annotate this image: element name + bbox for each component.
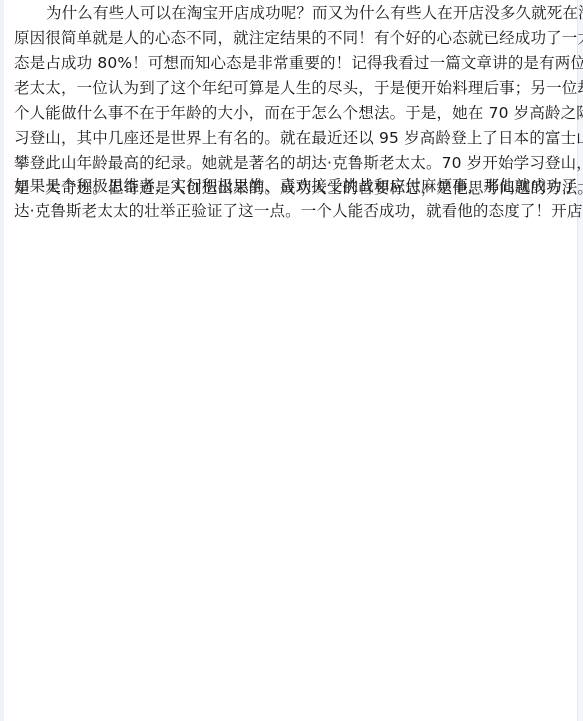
paragraph-line: 为什么有些人可以在淘宝开店成功呢？而又为什么有些人在开店没多久就死在淘宝啦！ — [14, 1, 574, 26]
paragraph-line: 态是占成功 80%！可想而知心态是非常重要的！记得我看过一篇文章讲的是有两位 7… — [14, 51, 574, 76]
page-left-border — [0, 0, 4, 721]
paragraph-line: 老太太，一位认为到了这个年纪可算是人生的尽头，于是便开始料理后事；另一位却认为一 — [14, 76, 574, 101]
paragraph-line: 达·克鲁斯老太太的壮举正验证了这一点。一个人能否成功，就看他的态度了！开店成功者 — [14, 199, 574, 224]
paragraph-line: 个人能做什么事不在于年龄的大小，而在于怎么个想法。于是，她在 70 岁高龄之际开… — [14, 101, 574, 126]
paragraph-line: 攀登此山年龄最高的纪录。她就是著名的胡达·克鲁斯老太太。70 岁开始学习登山，这… — [14, 151, 574, 176]
paragraph-line: 原因很简单就是人的心态不同，就注定结果的不同！有个好的心态就已经成功了一大半,心 — [14, 26, 574, 51]
paragraph-line: 如果是个积极思维者，实行积极思维、喜欢接受挑战和应付麻烦事，那他就成功了一半。胡 — [14, 174, 574, 199]
paragraph-line: 习登山，其中几座还是世界上有名的。就在最近还以 95 岁高龄登上了日本的富士山，… — [14, 126, 574, 151]
